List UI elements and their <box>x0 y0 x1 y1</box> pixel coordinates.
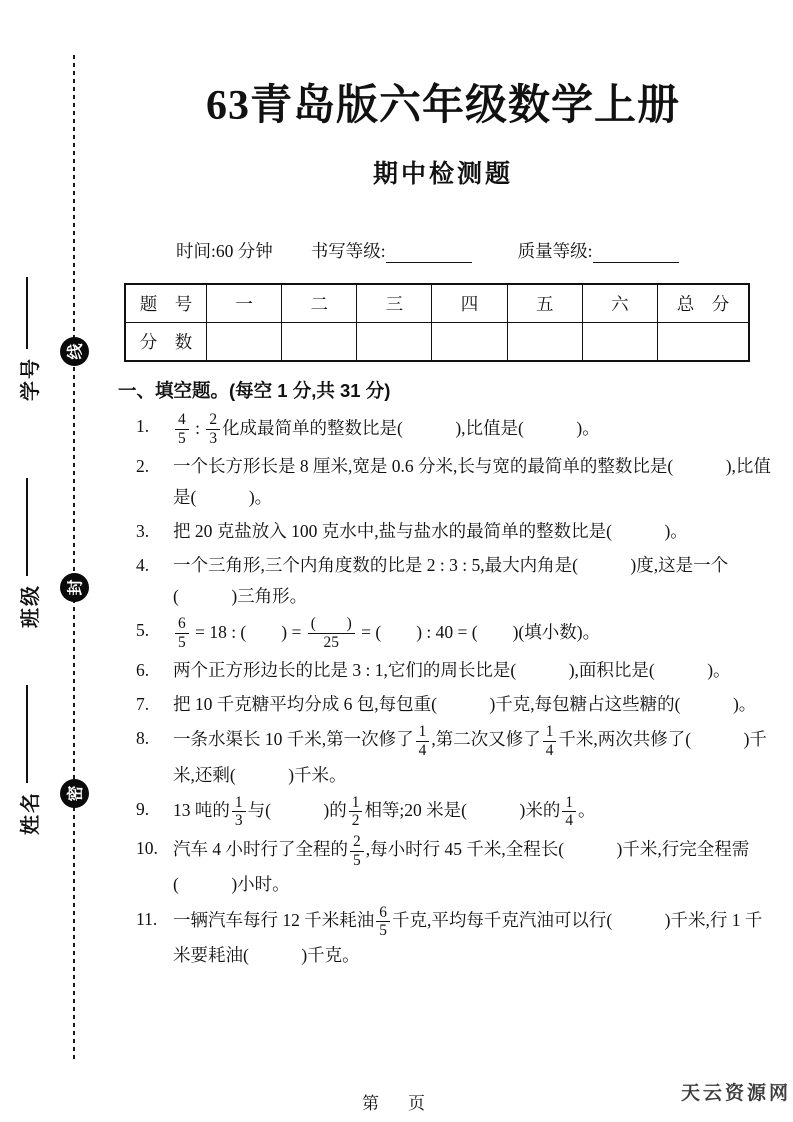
question-item: 5.65 = 18 : ( ) = ( )25 = ( ) : 40 = ( )… <box>136 615 772 651</box>
fraction: ( )25 <box>308 615 355 651</box>
score-cell <box>432 323 507 362</box>
question-number: 8. <box>136 723 149 754</box>
score-col-header: 五 <box>507 284 582 323</box>
info-line: 时间:60 分钟 书写等级: 质量等级: <box>176 238 774 263</box>
fraction: 14 <box>416 723 430 759</box>
seal-field-label: 姓名 <box>14 791 43 835</box>
main-content: 63青岛版六年级数学上册 期中检测题 时间:60 分钟 书写等级: 质量等级: … <box>112 0 774 971</box>
score-cell <box>658 323 750 362</box>
seal-stamp-feng: 封 <box>60 573 89 602</box>
question-body: 一条水渠长 10 千米,第一次修了14,第二次又修了14千米,两次共修了( )千… <box>173 729 767 784</box>
question-body: 65 = 18 : ( ) = ( )25 = ( ) : 40 = ( )(填… <box>173 622 600 642</box>
question-number: 6. <box>136 655 149 686</box>
score-table-header-row: 题 号 一二三四五六总 分 <box>125 284 749 323</box>
quality-grade-label: 质量等级: <box>518 238 593 263</box>
score-cell <box>582 323 657 362</box>
seal-stamp-xian: 线 <box>60 337 89 366</box>
exam-title: 63青岛版六年级数学上册 <box>112 82 774 130</box>
score-col-header: 一 <box>207 284 282 323</box>
fraction: 23 <box>206 411 220 447</box>
question-number: 3. <box>136 516 149 547</box>
seal-stamp-char: 密 <box>63 785 86 801</box>
fraction: 14 <box>562 794 576 830</box>
fraction: 14 <box>543 723 557 759</box>
score-table: 题 号 一二三四五六总 分 分 数 <box>124 283 750 362</box>
question-item: 9.13 吨的13与( )的12相等;20 米是( )米的14。 <box>136 794 772 830</box>
score-cell <box>282 323 357 362</box>
seal-field-label: 班级 <box>14 584 43 628</box>
fraction: 12 <box>349 794 363 830</box>
fraction: 13 <box>232 794 246 830</box>
score-col-header: 总 分 <box>658 284 750 323</box>
seal-field-blank-line <box>26 685 28 783</box>
question-item: 11.一辆汽车每行 12 千米耗油65千克,平均每千克汽油可以行( )千米,行 … <box>136 904 772 972</box>
time-label: 时间:60 分钟 <box>176 238 273 263</box>
question-item: 1.45 : 23化成最简单的整数比是( ),比值是( )。 <box>136 411 772 447</box>
score-cell <box>207 323 282 362</box>
seal-stamp-char: 线 <box>63 343 86 359</box>
score-row-label: 分 数 <box>125 323 207 362</box>
score-col-header: 四 <box>432 284 507 323</box>
question-item: 2.一个长方形长是 8 厘米,宽是 0.6 分米,长与宽的最简单的整数比是( )… <box>136 451 772 513</box>
seal-dashed-line <box>73 55 75 1063</box>
seal-field-blank-line <box>26 277 28 349</box>
question-number: 1. <box>136 411 149 442</box>
question-body: 一个长方形长是 8 厘米,宽是 0.6 分米,长与宽的最简单的整数比是( ),比… <box>173 456 771 507</box>
question-body: 把 20 克盐放入 100 克水中,盐与盐水的最简单的整数比是( )。 <box>173 521 688 541</box>
question-body: 一个三角形,三个内角度数的比是 2 : 3 : 5,最大内角是( )度,这是一个… <box>173 555 728 606</box>
writing-grade-label: 书写等级: <box>311 238 386 263</box>
seal-field-class: 班级 <box>14 478 42 628</box>
score-col-header: 二 <box>282 284 357 323</box>
score-cell <box>357 323 432 362</box>
score-cell <box>507 323 582 362</box>
writing-grade-blank <box>386 243 472 263</box>
question-list: 1.45 : 23化成最简单的整数比是( ),比值是( )。2.一个长方形长是 … <box>136 411 772 971</box>
fraction: 45 <box>175 411 189 447</box>
score-col-header: 三 <box>357 284 432 323</box>
footer-page-label: 第 页 <box>0 1089 793 1114</box>
question-body: 汽车 4 小时行了全程的25,每小时行 45 千米,全程长( )千米,行完全程需… <box>173 839 749 894</box>
question-number: 9. <box>136 794 149 825</box>
question-item: 3.把 20 克盐放入 100 克水中,盐与盐水的最简单的整数比是( )。 <box>136 516 772 547</box>
score-table-score-row: 分 数 <box>125 323 749 362</box>
question-number: 4. <box>136 550 149 581</box>
question-number: 10. <box>136 833 158 864</box>
question-item: 6.两个正方形边长的比是 3 : 1,它们的周长比是( ),面积比是( )。 <box>136 655 772 686</box>
exam-subtitle: 期中检测题 <box>112 154 774 190</box>
seal-stamp-char: 封 <box>63 579 86 595</box>
question-number: 11. <box>136 904 157 935</box>
question-item: 10.汽车 4 小时行了全程的25,每小时行 45 千米,全程长( )千米,行完… <box>136 833 772 901</box>
question-item: 4.一个三角形,三个内角度数的比是 2 : 3 : 5,最大内角是( )度,这是… <box>136 550 772 612</box>
question-body: 把 10 千克糖平均分成 6 包,每包重( )千克,每包糖占这些糖的( )。 <box>173 694 756 714</box>
question-body: 45 : 23化成最简单的整数比是( ),比值是( )。 <box>173 418 600 438</box>
seal-field-label: 学号 <box>14 357 43 401</box>
quality-grade-blank <box>593 243 679 263</box>
exam-page: 学号 班级 姓名 线 封 密 63青岛版六年级数学上册 期中检测题 时间:60 … <box>0 0 793 1122</box>
score-table-corner: 题 号 <box>125 284 207 323</box>
fraction: 65 <box>175 615 189 651</box>
question-item: 8.一条水渠长 10 千米,第一次修了14,第二次又修了14千米,两次共修了( … <box>136 723 772 791</box>
fraction: 25 <box>350 833 364 869</box>
question-number: 5. <box>136 615 149 646</box>
score-col-header: 六 <box>582 284 657 323</box>
seal-field-student-id: 学号 <box>14 277 42 401</box>
question-number: 2. <box>136 451 149 482</box>
seal-field-name: 姓名 <box>14 685 42 835</box>
seal-stamp-mi: 密 <box>60 779 89 808</box>
watermark: 天云资源网 <box>681 1078 791 1105</box>
section-heading: 一、填空题。(每空 1 分,共 31 分) <box>118 377 774 403</box>
question-body: 两个正方形边长的比是 3 : 1,它们的周长比是( ),面积比是( )。 <box>173 660 731 680</box>
fraction: 65 <box>376 904 390 940</box>
question-body: 一辆汽车每行 12 千米耗油65千克,平均每千克汽油可以行( )千米,行 1 千… <box>173 910 762 965</box>
question-item: 7.把 10 千克糖平均分成 6 包,每包重( )千克,每包糖占这些糖的( )。 <box>136 689 772 720</box>
question-number: 7. <box>136 689 149 720</box>
question-body: 13 吨的13与( )的12相等;20 米是( )米的14。 <box>173 800 596 820</box>
seal-field-blank-line <box>26 478 28 576</box>
